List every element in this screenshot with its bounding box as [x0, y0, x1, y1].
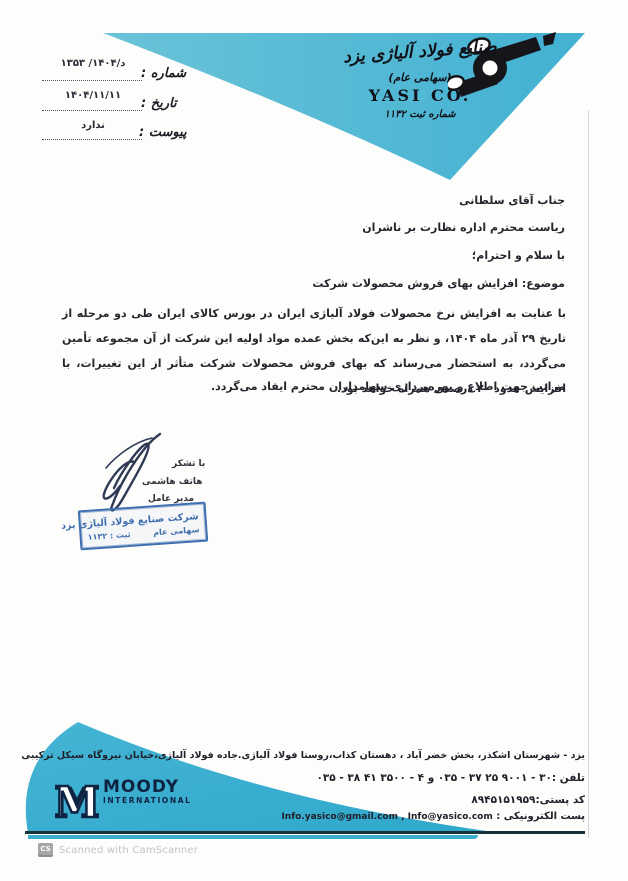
- recipient-title: ریاست محترم اداره نظارت بر ناشران: [362, 221, 565, 234]
- footer-address: یزد - شهرستان اشکذر، بخش خضر آباد ، دهست…: [21, 750, 585, 761]
- subject-line: موضوع: افزایش بهای فروش محصولات شرکت: [312, 277, 565, 290]
- camscanner-cs-icon: CS: [38, 843, 53, 857]
- footer-email-line: پست الکترونیکی : Info.yasico@gmail.com ,…: [281, 811, 585, 822]
- company-type: (سهامی عام): [325, 71, 515, 84]
- scan-page-edge: [588, 110, 589, 838]
- date-dotted-line: [42, 110, 142, 111]
- scanned-letter-page: صنایع فولاد آلیاژی یزد (سهامی عام) YASI …: [0, 0, 628, 881]
- camscanner-text: Scanned with CamScanner: [59, 845, 198, 856]
- stamp-company-type: سهامی عام: [153, 525, 200, 537]
- moody-name: MOODY: [103, 779, 192, 796]
- signature-thanks: با تشکر: [172, 459, 205, 469]
- number-dotted-line: [42, 80, 142, 81]
- salutation: با سلام و احترام؛: [472, 249, 565, 262]
- attachment-dotted-line: [42, 139, 142, 140]
- footer-phone: تلفن :۳۰ - ۹۰۰۱ ۲۵ ۳۷ - ۰۳۵ و ۴ - ۳۵۰۰ ۴…: [316, 772, 585, 784]
- moody-logo: M MOODY INTERNATIONAL: [55, 779, 192, 825]
- footer-email-value: Info.yasico@gmail.com , Info@yasico.com: [281, 812, 492, 822]
- moody-m-icon: M: [55, 779, 99, 825]
- moody-subtitle: INTERNATIONAL: [103, 797, 192, 805]
- attachment-value: ندارد: [45, 120, 141, 131]
- company-name-en: YASI CO.: [325, 86, 515, 105]
- recipient-name: جناب آقای سلطانی: [459, 194, 565, 207]
- attachment-label: پیوست :: [139, 125, 187, 140]
- date-label: تاریخ :: [141, 96, 177, 111]
- letterhead-block: صنایع فولاد آلیاژی یزد (سهامی عام) YASI …: [325, 42, 515, 120]
- camscanner-watermark: CS Scanned with CamScanner: [38, 843, 198, 857]
- footer-rule: [25, 831, 585, 834]
- stamp-registration: ثبت : ۱۱۳۲: [87, 529, 131, 541]
- number-value: د/۱۴۰۴/ ۱۳۵۳: [45, 58, 141, 69]
- company-stamp: شرکت صنایع فولاد آلیاژی یزد سهامی عام ثب…: [78, 502, 208, 551]
- footer-email-label: پست الکترونیکی :: [496, 811, 585, 822]
- closing-line: مراتب جهت اطلاع و بهره‌برداری سهامداران …: [211, 380, 565, 393]
- footer-postal-code: کد پستی:۸۹۴۵۱۵۱۹۵۹: [471, 794, 585, 806]
- number-label: شماره :: [141, 66, 186, 81]
- date-value: ۱۴۰۴/۱۱/۱۱: [45, 90, 141, 101]
- signatory-name: هاتف هاشمی: [142, 477, 202, 487]
- footer-teal-underline: [28, 835, 478, 839]
- registration-number: شماره ثبت ۱۱۳۲: [325, 109, 515, 120]
